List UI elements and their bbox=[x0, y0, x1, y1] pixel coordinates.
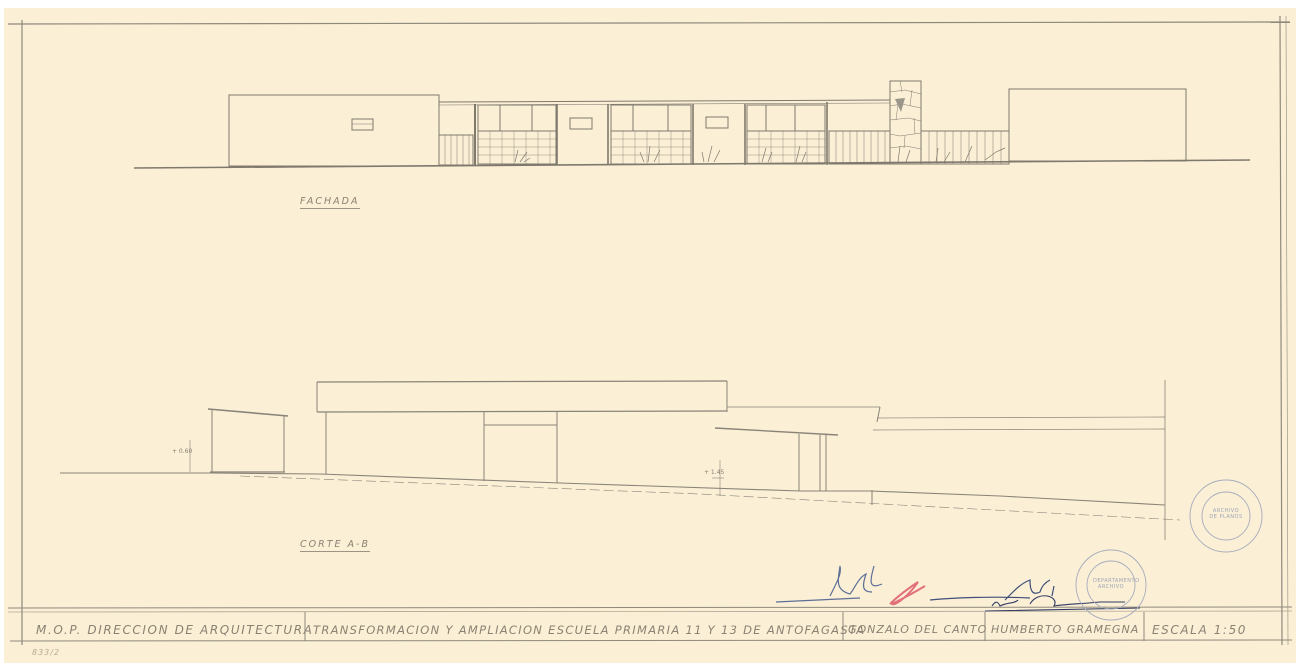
signatures bbox=[776, 566, 1140, 611]
elevation-drawing bbox=[134, 81, 1250, 168]
section-dimension-mid: + 1.45 bbox=[704, 469, 724, 476]
title-block-office: M.O.P. DIRECCION de ARQUITECTURA bbox=[36, 619, 314, 641]
elevation-title: FACHADA bbox=[300, 196, 360, 209]
architectural-drawing bbox=[0, 0, 1300, 665]
stamps bbox=[1076, 480, 1262, 620]
title-block-architect-1: GONZALO del CANTO bbox=[848, 619, 987, 641]
title-block-scale: ESCALA 1:50 bbox=[1152, 619, 1247, 641]
section-title: CORTE A-B bbox=[300, 539, 370, 552]
sheet-number: 833/2 bbox=[32, 648, 60, 657]
title-block-architect-2: HUMBERTO GRAMEGNA bbox=[991, 619, 1139, 641]
title-block-project: TRANSFORMACION Y AMPLIACION ESCUELA PRIM… bbox=[313, 619, 865, 641]
section-drawing bbox=[60, 380, 1180, 540]
stamp-2-center: ARCHIVO DE PLANOS bbox=[1208, 508, 1244, 520]
section-dimension-left: + 0.60 bbox=[172, 448, 192, 455]
stamp-1-center: DEPARTAMENTO ARCHIVO bbox=[1093, 578, 1129, 590]
